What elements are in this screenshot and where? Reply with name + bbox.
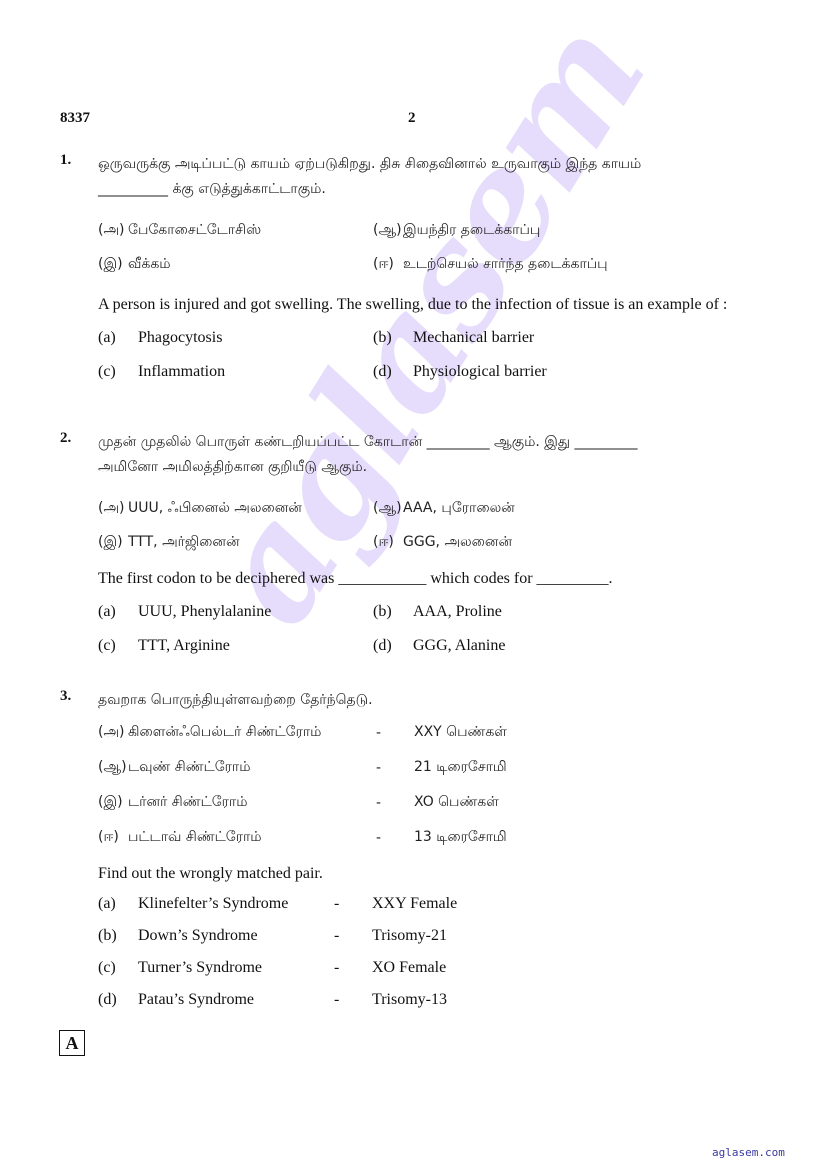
english-match-pairs: (a) Klinefelter’s Syndrome - XXY Female …: [98, 888, 730, 1016]
tamil-option: (இ)வீக்கம்: [98, 248, 373, 282]
pair-left-text: பட்டாவ் சிண்ட்ரோம்: [128, 829, 262, 847]
pair-left: (ஈ)பட்டாவ் சிண்ட்ரோம்: [98, 820, 376, 855]
pair-right: XXY பெண்கள்: [414, 715, 730, 750]
page-number: 2: [408, 110, 416, 127]
tamil-stem-line: அமினோ அமிலத்திற்கான குறியீடு ஆகும்.: [98, 455, 730, 480]
question-2: 2. முதன் முதலில் பொருள் கண்டறியப்பட்ட கோ…: [60, 430, 730, 663]
tamil-stem-line: முதன் முதலில் பொருள் கண்டறியப்பட்ட கோடான…: [98, 430, 730, 455]
tamil-stem: ஒருவருக்கு அடிப்பட்டு காயம் ஏற்படுகிறது.…: [98, 152, 730, 202]
pair-left: (ஆ)டவுண் சிண்ட்ரோம்: [98, 750, 376, 785]
tamil-stem: முதன் முதலில் பொருள் கண்டறியப்பட்ட கோடான…: [98, 430, 730, 480]
tamil-option: (ஈ)GGG, அலனைன்: [373, 526, 730, 560]
pair-dash: -: [334, 920, 372, 952]
pair-dash: -: [376, 820, 414, 855]
tamil-option: (அ)பேகோசைட்டோசிஸ்: [98, 214, 373, 248]
question-number: 1.: [60, 152, 71, 169]
english-option: (a)UUU, Phenylalanine: [98, 595, 373, 629]
pair-left: (இ)டர்னர் சிண்ட்ரோம்: [98, 785, 376, 820]
pair-left: Turner’s Syndrome: [138, 952, 334, 984]
tamil-option: (ஈ)உடற்செயல் சார்ந்த தடைக்காப்பு: [373, 248, 730, 282]
option-label: (a): [98, 603, 138, 621]
pair-dash: -: [334, 952, 372, 984]
question-1: 1. ஒருவருக்கு அடிப்பட்டு காயம் ஏற்படுகிற…: [60, 152, 730, 389]
option-text: Phagocytosis: [138, 329, 222, 347]
option-label: (b): [373, 329, 413, 347]
pair-label: (d): [98, 984, 138, 1016]
pair-label: (a): [98, 888, 138, 920]
tamil-option: (ஆ)AAA, புரோலைன்: [373, 492, 730, 526]
tamil-options: (அ)பேகோசைட்டோசிஸ் (ஆ)இயந்திர தடைக்காப்பு…: [98, 214, 730, 282]
pair-left: Down’s Syndrome: [138, 920, 334, 952]
option-label: (c): [98, 363, 138, 381]
option-label: (ஈ): [373, 534, 403, 552]
option-label: (d): [373, 637, 413, 655]
tamil-stem-line: __________ க்கு எடுத்துக்காட்டாகும்.: [98, 177, 730, 202]
pair-right: Trisomy-21: [372, 920, 730, 952]
option-text: TTT, அர்ஜினைன்: [128, 534, 240, 552]
option-label: (ஆ): [373, 222, 403, 240]
option-label: (அ): [98, 222, 128, 240]
option-label: (a): [98, 329, 138, 347]
english-option: (b)Mechanical barrier: [373, 321, 730, 355]
pair-label: (ஆ): [98, 759, 128, 777]
tamil-option: (இ)TTT, அர்ஜினைன்: [98, 526, 373, 560]
option-label: (இ): [98, 256, 128, 274]
english-stem: A person is injured and got swelling. Th…: [98, 292, 730, 317]
pair-left-text: கிளைன்ஃபெல்டர் சிண்ட்ரோம்: [128, 724, 321, 742]
pair-label: (b): [98, 920, 138, 952]
pair-left-text: டவுண் சிண்ட்ரோம்: [128, 759, 250, 777]
option-text: Physiological barrier: [413, 363, 547, 381]
english-option: (a)Phagocytosis: [98, 321, 373, 355]
option-label: (அ): [98, 500, 128, 518]
tamil-option: (அ)UUU, ஃபினைல் அலனைன்: [98, 492, 373, 526]
tamil-option: (ஆ)இயந்திர தடைக்காப்பு: [373, 214, 730, 248]
pair-right: XXY Female: [372, 888, 730, 920]
english-options: (a)UUU, Phenylalanine (b)AAA, Proline (c…: [98, 595, 730, 663]
option-text: வீக்கம்: [128, 256, 171, 274]
tamil-stem: தவறாக பொருந்தியுள்ளவற்றை தேர்ந்தெடு.: [98, 688, 730, 713]
english-stem: The first codon to be deciphered was ___…: [98, 566, 730, 591]
option-text: AAA, புரோலைன்: [403, 500, 515, 518]
booklet-series-box: A: [59, 1030, 85, 1056]
option-label: (d): [373, 363, 413, 381]
option-label: (b): [373, 603, 413, 621]
pair-label: (ஈ): [98, 829, 128, 847]
pair-right: 21 டிரைசோமி: [414, 750, 730, 785]
option-label: (ஆ): [373, 500, 403, 518]
option-text: Mechanical barrier: [413, 329, 534, 347]
option-text: இயந்திர தடைக்காப்பு: [403, 222, 540, 240]
option-text: TTT, Arginine: [138, 637, 230, 655]
pair-label: (c): [98, 952, 138, 984]
pair-left: Klinefelter’s Syndrome: [138, 888, 334, 920]
option-label: (இ): [98, 534, 128, 552]
english-option: (b)AAA, Proline: [373, 595, 730, 629]
pair-left: Patau’s Syndrome: [138, 984, 334, 1016]
pair-dash: -: [376, 715, 414, 750]
english-stem: Find out the wrongly matched pair.: [98, 861, 730, 886]
option-label: (ஈ): [373, 256, 403, 274]
english-option: (d)Physiological barrier: [373, 355, 730, 389]
tamil-stem-line: ஒருவருக்கு அடிப்பட்டு காயம் ஏற்படுகிறது.…: [98, 152, 730, 177]
pair-label: (அ): [98, 724, 128, 742]
tamil-options: (அ)UUU, ஃபினைல் அலனைன் (ஆ)AAA, புரோலைன் …: [98, 492, 730, 560]
option-text: GGG, Alanine: [413, 637, 505, 655]
pair-right: 13 டிரைசோமி: [414, 820, 730, 855]
pair-left-text: டர்னர் சிண்ட்ரோம்: [128, 794, 247, 812]
option-text: உடற்செயல் சார்ந்த தடைக்காப்பு: [403, 256, 608, 274]
option-text: AAA, Proline: [413, 603, 502, 621]
question-3: 3. தவறாக பொருந்தியுள்ளவற்றை தேர்ந்தெடு. …: [60, 688, 730, 1016]
pair-dash: -: [334, 984, 372, 1016]
question-number: 2.: [60, 430, 71, 447]
english-option: (c)TTT, Arginine: [98, 629, 373, 663]
option-text: Inflammation: [138, 363, 225, 381]
pair-right: XO Female: [372, 952, 730, 984]
pair-right: XO பெண்கள்: [414, 785, 730, 820]
pair-dash: -: [376, 750, 414, 785]
english-option: (c)Inflammation: [98, 355, 373, 389]
option-text: பேகோசைட்டோசிஸ்: [128, 222, 261, 240]
pair-dash: -: [376, 785, 414, 820]
option-label: (c): [98, 637, 138, 655]
option-text: UUU, ஃபினைல் அலனைன்: [128, 500, 302, 518]
english-options: (a)Phagocytosis (b)Mechanical barrier (c…: [98, 321, 730, 389]
pair-left: (அ)கிளைன்ஃபெல்டர் சிண்ட்ரோம்: [98, 715, 376, 750]
english-option: (d)GGG, Alanine: [373, 629, 730, 663]
tamil-match-pairs: (அ)கிளைன்ஃபெல்டர் சிண்ட்ரோம் - XXY பெண்க…: [98, 715, 730, 855]
question-number: 3.: [60, 688, 71, 705]
paper-code: 8337: [60, 110, 90, 127]
option-text: UUU, Phenylalanine: [138, 603, 271, 621]
pair-dash: -: [334, 888, 372, 920]
pair-right: Trisomy-13: [372, 984, 730, 1016]
option-text: GGG, அலனைன்: [403, 534, 512, 552]
pair-label: (இ): [98, 794, 128, 812]
footer-site: aglasem.com: [712, 1146, 785, 1159]
